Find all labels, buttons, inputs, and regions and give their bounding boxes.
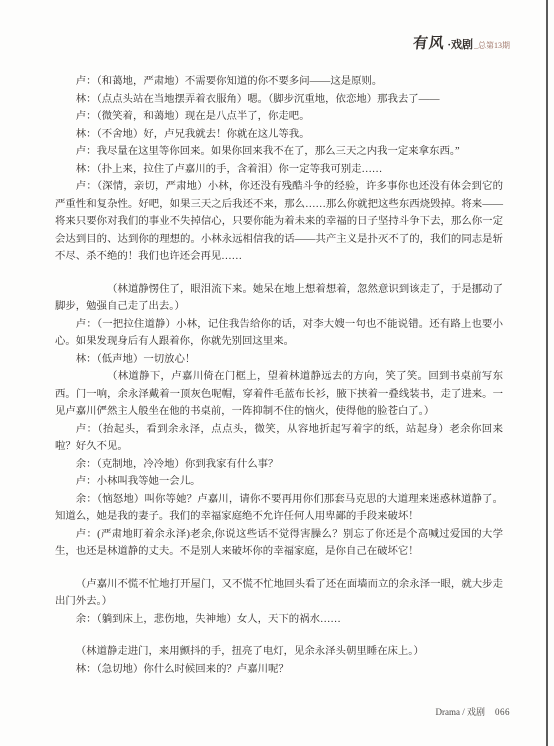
blank-line [55,266,503,281]
page-header: 有风·戏剧_总第13期 [413,32,510,53]
dialogue-line: 卢：（深情，亲切，严肃地）小林，你还没有残酷斗争的经验，许多事你也还没有体会到它… [55,178,503,266]
issue-number-label: _总第13期 [474,41,510,50]
dialogue-line: 余：（躺到床上，悲伤地，失神地）女人，天下的祸水…… [55,611,503,629]
dialogue-line: 余：（克制地，冷冷地）你到我家有什么事？ [55,456,503,474]
page-footer: Drama / 戏剧066 [436,705,511,718]
stage-direction: （林道静走进门，来用颤抖的手，扭亮了电灯，见余永泽头朝里睡在床上。） [55,643,503,661]
dialogue-line: 林：（不舍地）好，卢兄我就去！你就在这儿等我。 [55,126,503,144]
dialogue-line: 余：（恼怒地）叫你等她？卢嘉川，请你不要再用你们那套马克思的大道理来迷惑林道静了… [55,491,503,526]
dialogue-line: 卢：（微笑着，和蔼地）现在是八点半了，你走吧。 [55,108,503,126]
dialogue-line: 卢：我尽量在这里等你回来。如果你回来我不在了，那么三天之内我一定来拿东西。” [55,143,503,161]
footer-page-number: 066 [495,707,510,717]
script-text-block: 卢：（和蔼地，严肃地）不需要你知道的你不要多问——这是原则。林：（点点头站在当地… [55,73,503,678]
dialogue-line: 卢：(严肃地盯着余永泽)老余,你说这些话不觉得害臊么？别忘了你还是个高喊过爱国的… [55,526,503,561]
dialogue-line: 林：（点点头站在当地摆弄着衣服角）嗯。（脚步沉重地，依恋地）那我去了—— [55,91,503,109]
dialogue-line: 林：（低声地）一切放心！ [55,351,503,369]
blank-line [55,561,503,576]
blank-line [55,628,503,643]
dialogue-line: 卢：（和蔼地，严肃地）不需要你知道的你不要多问——这是原则。 [55,73,503,91]
magazine-section-label: ·戏剧 [447,39,473,51]
footer-journal-label: Drama / 戏剧 [436,707,486,717]
dialogue-line: 林：（急切地）你什么时候回来的？卢嘉川呢？ [55,661,503,679]
dialogue-line: 卢：（抬起头，看到余永泽，点点头，微笑，从容地折起写着字的纸，站起身）老余你回来… [55,421,503,456]
dialogue-line: 卢：小林叫我等她一会儿。 [55,473,503,491]
stage-direction: （林道静愣住了，眼泪流下来。她呆在地上想着想着，忽然意识到该走了，于是挪动了脚步… [55,281,503,316]
stage-direction: （卢嘉川不慌不忙地打开屋门，又不慌不忙地回头看了还在面墙而立的余永泽一眼，就大步… [55,576,503,611]
magazine-logo: 有风 [412,32,446,53]
magazine-page: 有风·戏剧_总第13期 卢：（和蔼地，严肃地）不需要你知道的你不要多问——这是原… [0,0,554,746]
dialogue-line: 林：（扑上来，拉住了卢嘉川的手，含着泪）你一定等我可别走…… [55,161,503,179]
stage-direction: （林道静下，卢嘉川倚在门框上，望着林道静远去的方向，笑了笑。回到书桌前写东西。门… [55,368,503,421]
dialogue-line: 卢：（一把拉住道静）小林，记住我告给你的话，对李大嫂一句也不能说错。还有路上也要… [55,316,503,351]
page-edge-line [546,0,548,746]
